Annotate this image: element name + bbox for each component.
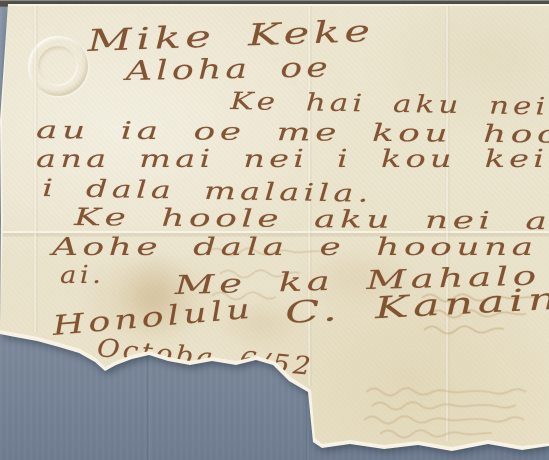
ink-bleed-through bbox=[362, 382, 542, 444]
letter-body-line: ai. bbox=[60, 261, 104, 289]
letter-body-line: ana mai nei i kou keiki bbox=[36, 145, 549, 173]
letter-body-line: Aohe dala e hoouna aku bbox=[52, 233, 549, 261]
letter-body-line: Ke hai aku nei bbox=[230, 87, 549, 121]
embossed-seal-ring bbox=[38, 46, 78, 86]
letter-body-line: Ke hoole aku nei au bbox=[74, 203, 549, 235]
paper-sheet: Mike Keke Aloha oe Ke hai aku nei au ia … bbox=[0, 0, 549, 460]
scanned-letter: Mike Keke Aloha oe Ke hai aku nei au ia … bbox=[0, 0, 549, 460]
letter-salutation: Aloha oe bbox=[125, 52, 332, 87]
paper-wrap: Mike Keke Aloha oe Ke hai aku nei au ia … bbox=[0, 0, 549, 460]
